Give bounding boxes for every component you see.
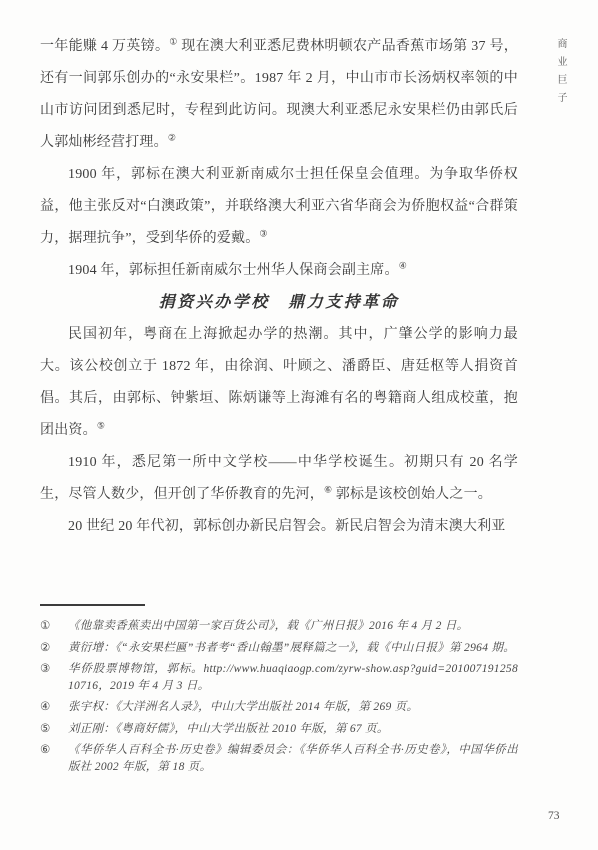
book-page: 商业巨子 一年能赚 4 万英镑。① 现在澳大利亚悉尼费林明顿农产品香蕉市场第 3… [0,0,598,850]
footnote-text: 《华侨华人百科全书·历史卷》编辑委员会：《华侨华人百科全书·历史卷》，中国华侨出… [68,742,518,775]
paragraph: 1900 年，郭标在澳大利亚新南威尔士担任保皇会值理。为争取华侨权益，他主张反对… [40,159,518,255]
paragraph: 民国初年，粤商在上海掀起办学的热潮。其中，广肇公学的影响力最大。该公校创立于 1… [40,319,518,447]
paragraph: 1910 年，悉尼第一所中文学校——中华学校诞生。初期只有 20 名学生，尽管人… [40,447,518,511]
footnote-text: 黄衍增：《“永安果栏匾”书者考“香山翰墨”展释篇之一》，载《中山日报》第 296… [68,640,518,657]
footnote-item: ④ 张宇权：《大洋洲名人录》，中山大学出版社 2014 年版，第 269 页。 [40,699,518,716]
footnote-item: ② 黄衍增：《“永安果栏匾”书者考“香山翰墨”展释篇之一》，载《中山日报》第 2… [40,640,518,657]
footnotes-section: ① 《他靠卖香蕉卖出中国第一家百货公司》，载《广州日报》2016 年 4 月 2… [40,604,518,780]
paragraph: 一年能赚 4 万英镑。① 现在澳大利亚悉尼费林明顿农产品香蕉市场第 37 号，还… [40,31,518,159]
footnote-text: 刘正刚：《粤商好儒》，中山大学出版社 2010 年版，第 67 页。 [68,721,518,738]
page-number: 73 [548,810,560,822]
footnote-reference: ⑥ [324,484,332,494]
footnote-separator-rule [40,604,145,606]
footnote-number: ⑥ [40,742,68,775]
footnote-number: ① [40,618,68,635]
footnote-text: 《他靠卖香蕉卖出中国第一家百货公司》，载《广州日报》2016 年 4 月 2 日… [68,618,518,635]
main-text-block: 一年能赚 4 万英镑。① 现在澳大利亚悉尼费林明顿农产品香蕉市场第 37 号，还… [40,31,518,543]
footnote-number: ③ [40,661,68,694]
footnote-item: ③ 华侨股票博物馆，郭标。http://www.huaqiaogp.com/zy… [40,661,518,694]
footnote-item: ⑥ 《华侨华人百科全书·历史卷》编辑委员会：《华侨华人百科全书·历史卷》，中国华… [40,742,518,775]
margin-chapter-title: 商业巨子 [553,38,568,110]
footnote-reference: ④ [399,260,407,270]
section-heading: 捐资兴办学校 鼎力支持革命 [40,287,518,319]
footnote-item: ⑤ 刘正刚：《粤商好儒》，中山大学出版社 2010 年版，第 67 页。 [40,721,518,738]
footnote-reference: ③ [259,228,267,238]
footnote-number: ④ [40,699,68,716]
footnote-number: ② [40,640,68,657]
footnote-reference: ① [169,36,177,46]
footnote-text: 张宇权：《大洋洲名人录》，中山大学出版社 2014 年版，第 269 页。 [68,699,518,716]
footnote-text: 华侨股票博物馆，郭标。http://www.huaqiaogp.com/zyrw… [68,661,518,694]
paragraph: 1904 年，郭标担任新南威尔士州华人保商会副主席。④ [40,255,518,287]
footnote-reference: ⑤ [97,420,105,430]
footnote-number: ⑤ [40,721,68,738]
footnote-reference: ② [168,132,176,142]
paragraph: 20 世纪 20 年代初，郭标创办新民启智会。新民启智会为清末澳大利亚 [40,511,518,543]
footnote-item: ① 《他靠卖香蕉卖出中国第一家百货公司》，载《广州日报》2016 年 4 月 2… [40,618,518,635]
